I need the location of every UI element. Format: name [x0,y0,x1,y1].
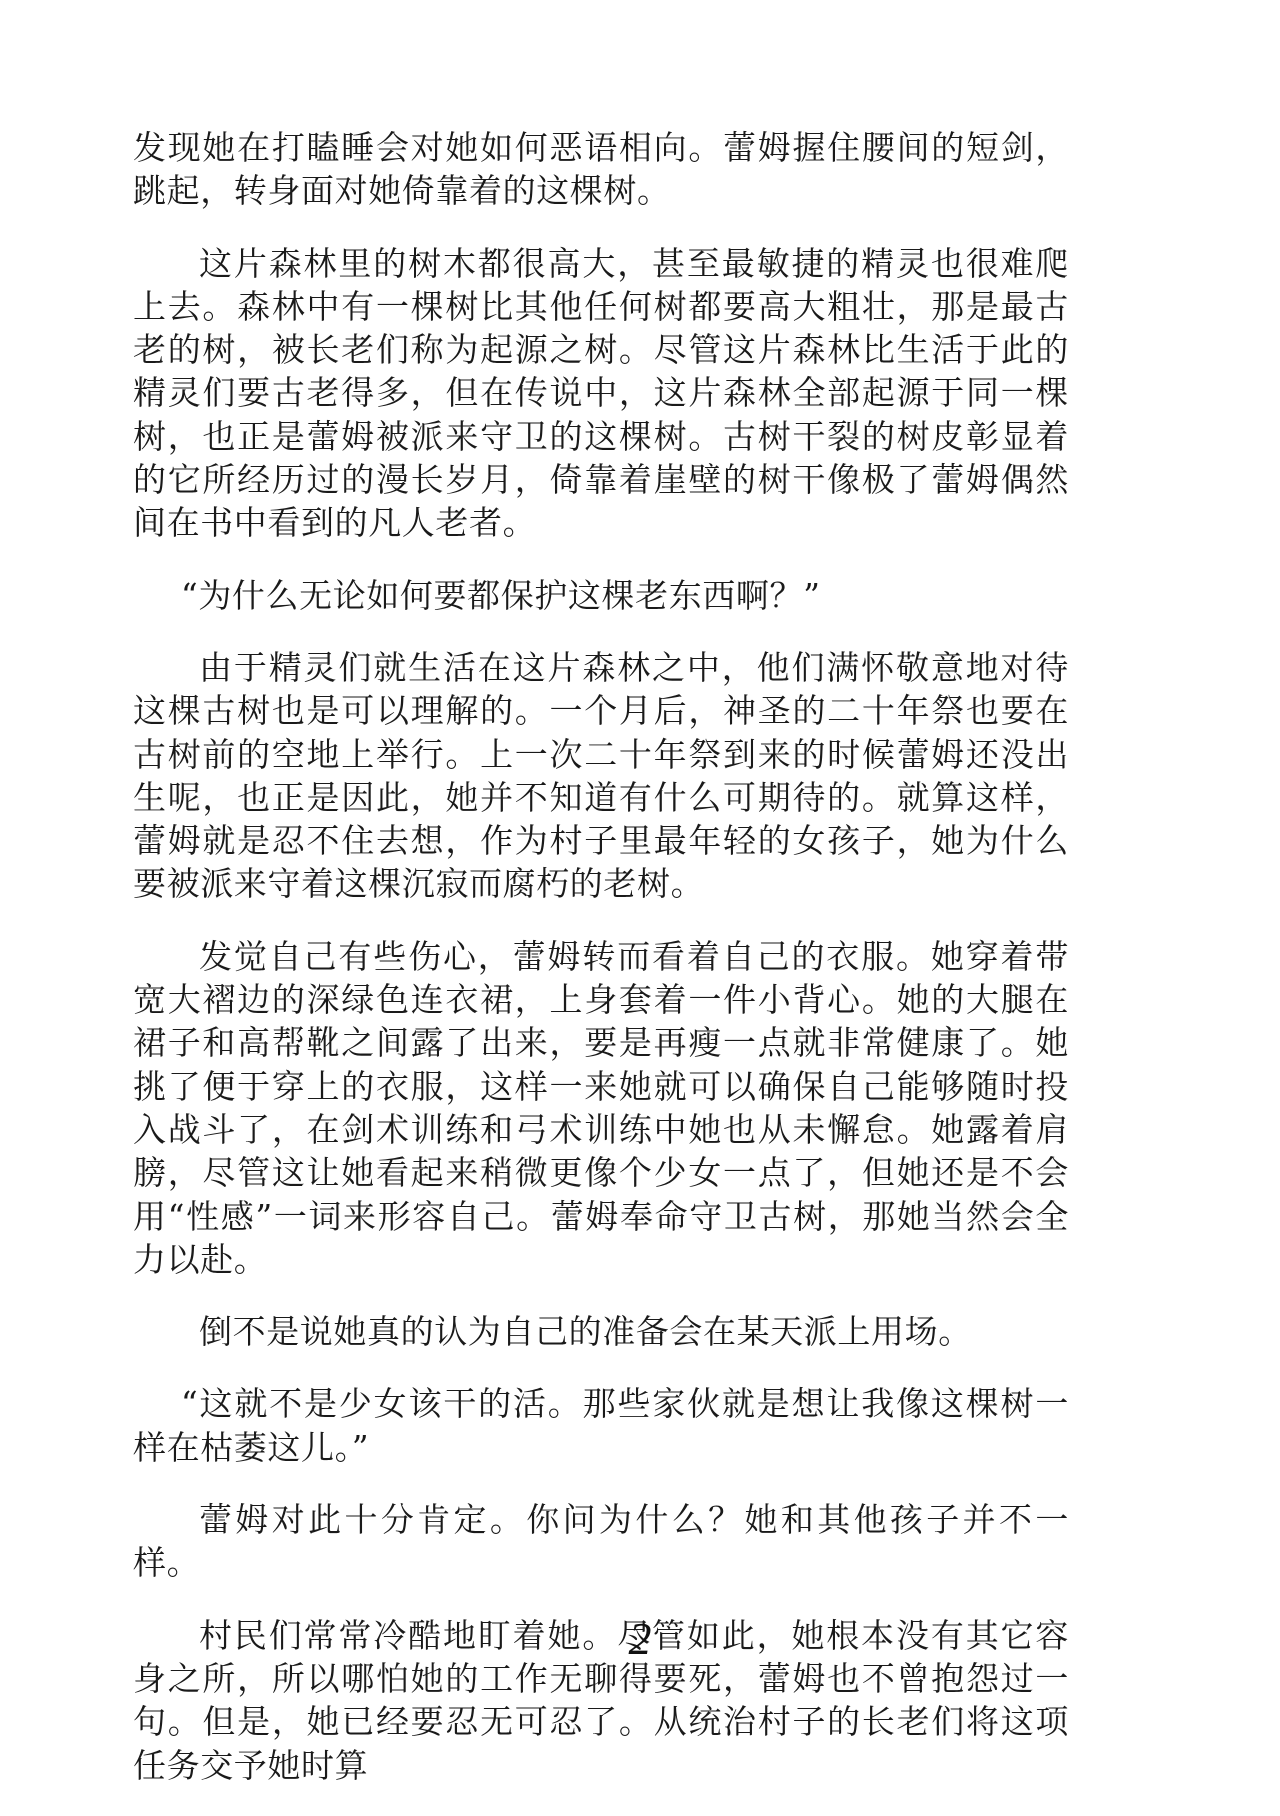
paragraph-3-quote: “为什么无论如何要都保护这棵老东西啊？” [133,574,1069,617]
document-body: 发现她在打瞌睡会对她如何恶语相向。蕾姆握住腰间的短剑，跳起，转身面对她倚靠着的这… [133,126,1069,1816]
paragraph-1: 发现她在打瞌睡会对她如何恶语相向。蕾姆握住腰间的短剑，跳起，转身面对她倚靠着的这… [133,126,1069,213]
paragraph-2: 这片森林里的树木都很高大，甚至最敏捷的精灵也很难爬上去。森林中有一棵树比其他任何… [133,242,1069,545]
paragraph-8: 蕾姆对此十分肯定。你问为什么？她和其他孩子并不一样。 [133,1498,1069,1585]
paragraph-7-quote: “这就不是少女该干的活。那些家伙就是想让我像这棵树一样在枯萎这儿。” [133,1382,1069,1469]
page-number: 2 [0,1612,1280,1665]
paragraph-4: 由于精灵们就生活在这片森林之中，他们满怀敬意地对待这棵古树也是可以理解的。一个月… [133,646,1069,906]
paragraph-5: 发觉自己有些伤心，蕾姆转而看着自己的衣服。她穿着带宽大褶边的深绿色连衣裙，上身套… [133,935,1069,1281]
paragraph-6: 倒不是说她真的认为自己的准备会在某天派上用场。 [133,1310,1069,1353]
